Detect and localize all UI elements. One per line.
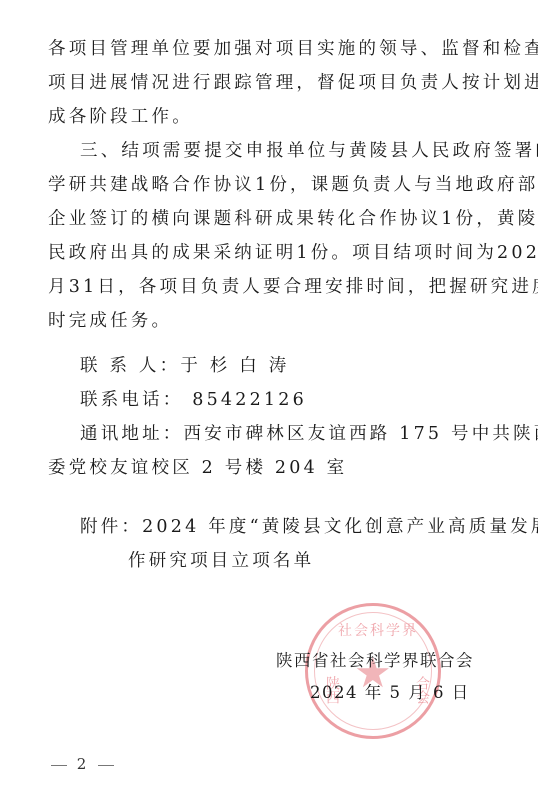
paragraph-line: 月31日，各项目负责人要合理安排时间，把握研究进度，按 [48, 276, 538, 298]
paragraph-line: 三、结项需要提交申报单位与黄陵县人民政府签署的产 [80, 140, 538, 162]
contact-address-cont: 委党校友谊校区 2 号楼 204 室 [48, 457, 347, 479]
paragraph-line: 民政府出具的成果采纳证明1份。项目结项时间为2024年10 [48, 242, 538, 264]
attachment-line: 附件：2024 年度“黄陵县文化创意产业高质量发展”合 [80, 516, 538, 538]
paragraph-line: 时完成任务。 [48, 310, 172, 332]
paragraph-line: 项目进展情况进行跟踪管理，督促项目负责人按计划进度完 [48, 72, 538, 94]
paragraph-line: 学研共建战略合作协议1份，课题负责人与当地政府部门或 [48, 174, 538, 196]
contact-phone: 联系电话： 85422126 [80, 389, 307, 411]
contact-person: 联 系 人：于 杉 白 涛 [80, 355, 289, 377]
page-dash-right [98, 765, 114, 766]
page-number-value: 2 [77, 755, 89, 773]
signature-date: 2024 年 5 月 6 日 [310, 679, 470, 703]
page-dash-left [51, 765, 67, 766]
paragraph-line: 企业签订的横向课题科研成果转化合作协议1份，黄陵县人 [48, 208, 538, 230]
page-number: 2 [48, 755, 117, 773]
contact-address: 通讯地址：西安市碑林区友谊西路 175 号中共陕西省 [80, 423, 538, 445]
signature-organization: 陕西省社会科学界联合会 [276, 647, 474, 671]
attachment-line-cont: 作研究项目立项名单 [128, 550, 314, 572]
paragraph-line: 各项目管理单位要加强对项目实施的领导、监督和检查，对 [48, 38, 538, 60]
seal-text-top: 社会科学界 [338, 620, 418, 640]
paragraph-line: 成各阶段工作。 [48, 106, 193, 128]
official-seal: ★ 社会科学界 陕西 合会 [305, 603, 441, 739]
